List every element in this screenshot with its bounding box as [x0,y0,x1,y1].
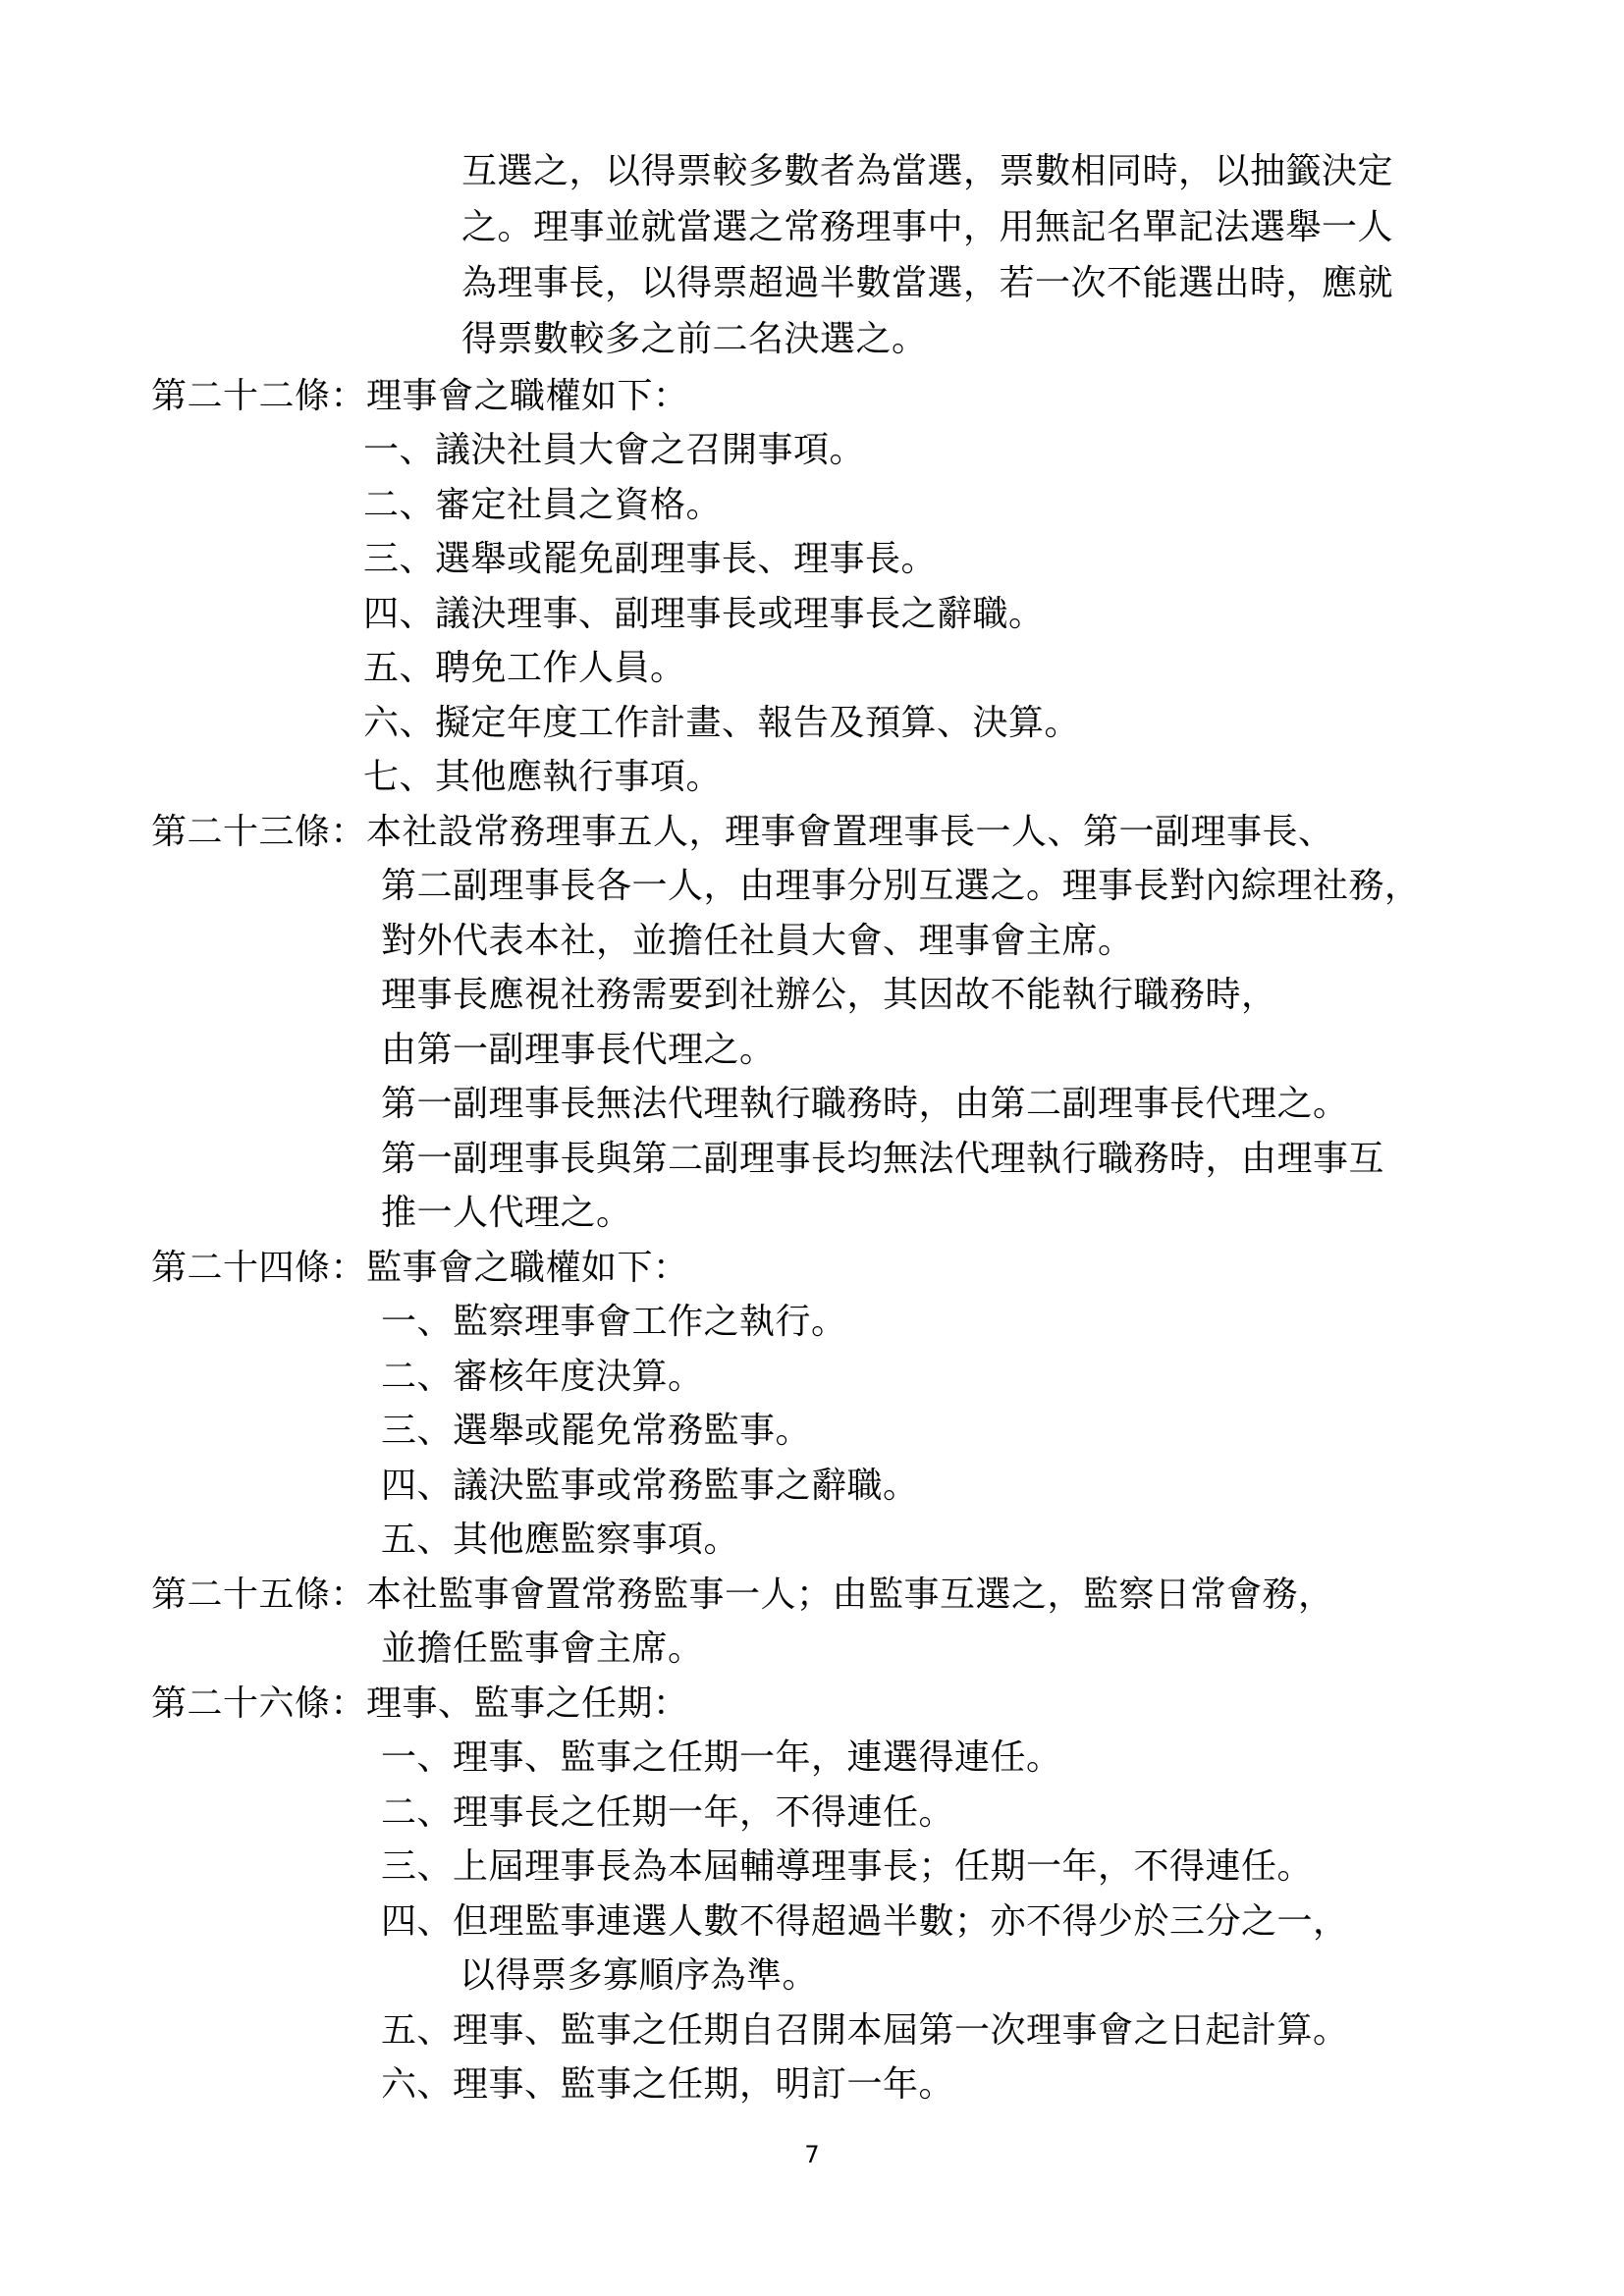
article-24-item-2: 二、審核年度決算。 [381,1356,704,1399]
article-26-item-1: 一、理事、監事之任期一年，連選得連任。 [381,1736,1062,1780]
article-22-item-4: 四、議決理事、副理事長或理事長之辭職。 [363,593,1045,636]
article-23-line-7: 推一人代理之。 [381,1192,632,1235]
article-21-continuation-line-2: 之。理事並就當選之常務理事中，用無記名單記法選舉一人 [461,206,1393,249]
article-22-item-5: 五、聘免工作人員。 [363,647,686,690]
article-23-line-1: 第二副理事長各一人，由理事分別互選之。理事長對內綜理社務， [381,865,1421,908]
article-21-continuation-line-4: 得票數較多之前二名決選之。 [461,318,928,361]
article-26-item-4-continuation: 以得票多寡順序為準。 [460,1954,818,1998]
article-22-item-6: 六、擬定年度工作計畫、報告及預算、決算。 [363,702,1080,745]
article-24-item-5: 五、其他應監察事項。 [381,1519,739,1562]
article-23-line-4: 由第一副理事長代理之。 [381,1029,776,1072]
article-26-heading: 第二十六條：理事、監事之任期： [151,1682,689,1726]
article-24-heading: 第二十四條：監事會之職權如下： [151,1247,689,1290]
article-24-item-1: 一、監察理事會工作之執行。 [381,1301,847,1344]
article-21-continuation-line-1: 互選之，以得票較多數者為當選，票數相同時，以抽籤決定 [461,150,1393,193]
article-25-line-1: 並擔任監事會主席。 [381,1628,704,1671]
article-23-line-2: 對外代表本社，並擔任社員大會、理事會主席。 [381,920,1134,963]
article-22-item-1: 一、議決社員大會之召開事項。 [363,429,865,472]
article-26-item-5: 五、理事、監事之任期自召開本屆第一次理事會之日起計算。 [381,2009,1349,2053]
article-24-item-3: 三、選舉或罷免常務監事。 [381,1410,811,1453]
article-22-heading: 第二十二條：理事會之職權如下： [151,375,689,418]
article-25-heading: 第二十五條：本社監事會置常務監事一人；由監事互選之，監察日常會務， [151,1574,1334,1617]
article-23-line-6: 第一副理事長與第二副理事長均無法代理執行職務時，由理事互 [381,1138,1384,1181]
article-23-heading: 第二十三條：本社設常務理事五人，理事會置理事長一人、第一副理事長、 [151,811,1334,854]
article-22-item-3: 三、選舉或罷免副理事長、理事長。 [363,538,937,581]
article-21-continuation-line-3: 為理事長，以得票超過半數當選，若一次不能選出時，應就 [461,262,1393,305]
article-22-item-7: 七、其他應執行事項。 [363,756,722,799]
article-24-item-4: 四、議決監事或常務監事之辭職。 [381,1465,919,1508]
article-26-item-4: 四、但理監事連選人數不得超過半數；亦不得少於三分之一， [381,1900,1349,1944]
page-number: 7 [0,2140,1624,2169]
article-26-item-6: 六、理事、監事之任期，明訂一年。 [381,2063,954,2107]
article-23-line-3: 理事長應視社務需要到社辦公，其因故不能執行職務時， [381,974,1277,1017]
article-26-item-2: 二、理事長之任期一年，不得連任。 [381,1791,954,1835]
article-22-item-2: 二、審定社員之資格。 [363,484,722,527]
article-26-item-3: 三、上屆理事長為本屆輔導理事長；任期一年，不得連任。 [381,1845,1313,1889]
article-23-line-5: 第一副理事長無法代理執行職務時，由第二副理事長代理之。 [381,1083,1349,1126]
